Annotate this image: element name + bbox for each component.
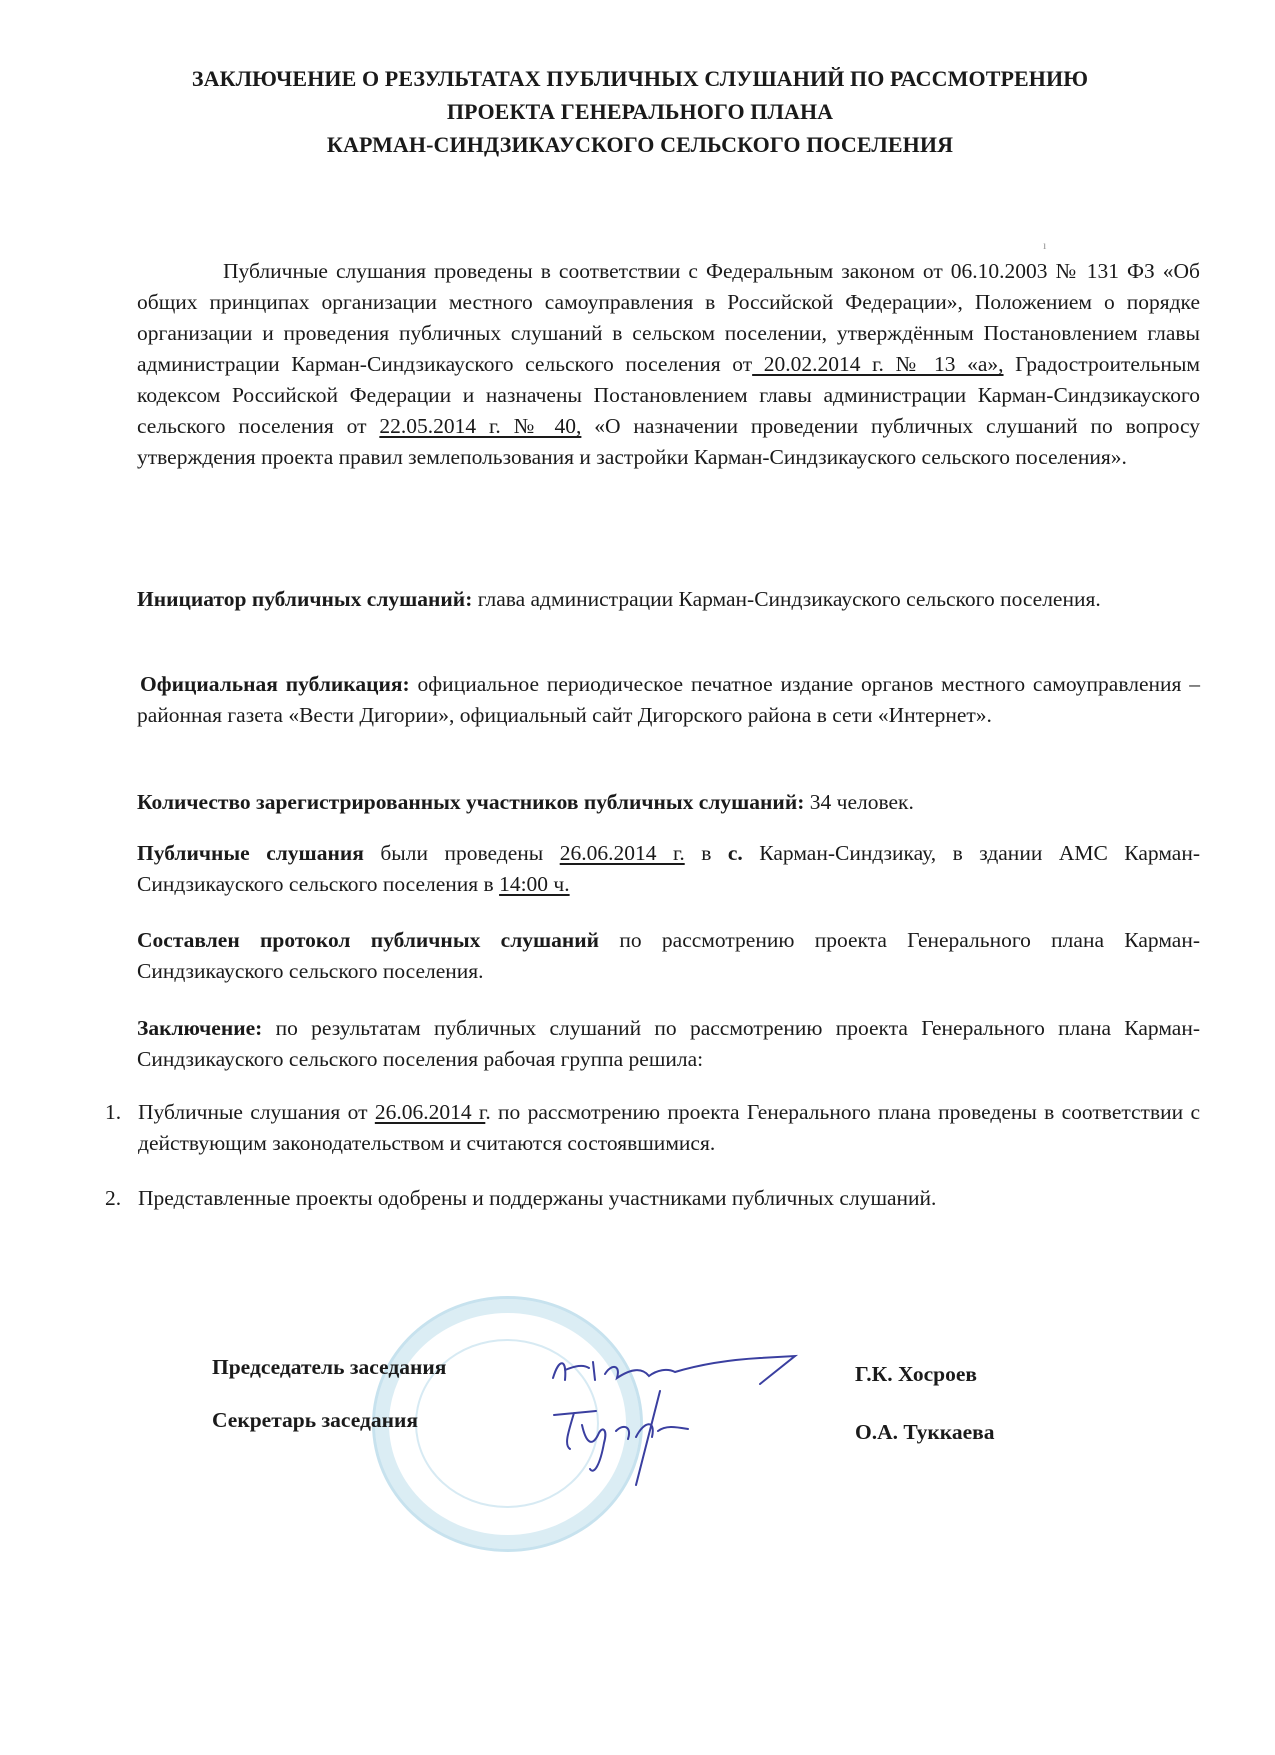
hearing-date: 26.06.2014 г. [560,841,685,865]
decision-number: 2. [105,1183,121,1214]
secretary-label: Секретарь заседания [212,1408,418,1433]
publication-label: Официальная публикация: [140,672,410,696]
intro-paragraph: Публичные слушания проведены в соответст… [137,256,1200,473]
participants-paragraph: Количество зарегистрированных участников… [137,787,1200,818]
protocol-label: Составлен протокол публичных слушаний [137,928,599,952]
secretary-name: О.А. Туккаева [855,1420,995,1445]
decision-text-1: Представленные проекты одобрены и поддер… [138,1186,936,1210]
decision-item: 2. Представленные проекты одобрены и под… [105,1183,1200,1214]
title-line-1: ЗАКЛЮЧЕНИЕ О РЕЗУЛЬТАТАХ ПУБЛИЧНЫХ СЛУША… [120,62,1160,95]
settlement-prefix: с. [728,841,743,865]
decision-date: 26.06.2014 г [375,1100,485,1124]
decision-text-1: Публичные слушания от [138,1100,375,1124]
hearing-text-1: были проведены [364,841,560,865]
protocol-paragraph: Составлен протокол публичных слушаний по… [137,925,1200,987]
chairman-label: Председатель заседания [212,1355,446,1380]
chairman-name: Г.К. Хосроев [855,1362,977,1387]
initiator-paragraph: Инициатор публичных слушаний: глава адми… [137,584,1200,615]
document-title: ЗАКЛЮЧЕНИЕ О РЕЗУЛЬТАТАХ ПУБЛИЧНЫХ СЛУША… [120,62,1160,161]
hearing-paragraph: Публичные слушания были проведены 26.06.… [137,838,1200,900]
initiator-text: глава администрации Карман-Синдзикауског… [472,587,1100,611]
scan-speck: ı [1043,238,1046,253]
hearing-text-2: в [685,841,728,865]
title-line-3: КАРМАН-СИНДЗИКАУСКОГО СЕЛЬСКОГО ПОСЕЛЕНИ… [120,128,1160,161]
decision-number: 1. [105,1097,121,1128]
secretary-signature [540,1385,710,1495]
resolution-ref-1: 20.02.2014 г. № 13 «а», [752,352,1003,376]
conclusion-paragraph: Заключение: по результатам публичных слу… [137,1013,1200,1075]
initiator-label: Инициатор публичных слушаний: [137,587,472,611]
resolution-ref-2: 22.05.2014 г. № 40, [379,414,581,438]
participants-count: 34 человек. [804,790,913,814]
hearing-time: 14:00 ч. [499,872,570,896]
conclusion-text: по результатам публичных слушаний по рас… [137,1016,1200,1071]
conclusion-label: Заключение: [137,1016,262,1040]
publication-paragraph: Официальная публикация: официальное пери… [137,669,1200,731]
hearing-label: Публичные слушания [137,841,364,865]
title-line-2: ПРОЕКТА ГЕНЕРАЛЬНОГО ПЛАНА [120,95,1160,128]
decisions-list: 1. Публичные слушания от 26.06.2014 г. п… [105,1097,1200,1238]
decision-item: 1. Публичные слушания от 26.06.2014 г. п… [105,1097,1200,1159]
participants-label: Количество зарегистрированных участников… [137,790,804,814]
